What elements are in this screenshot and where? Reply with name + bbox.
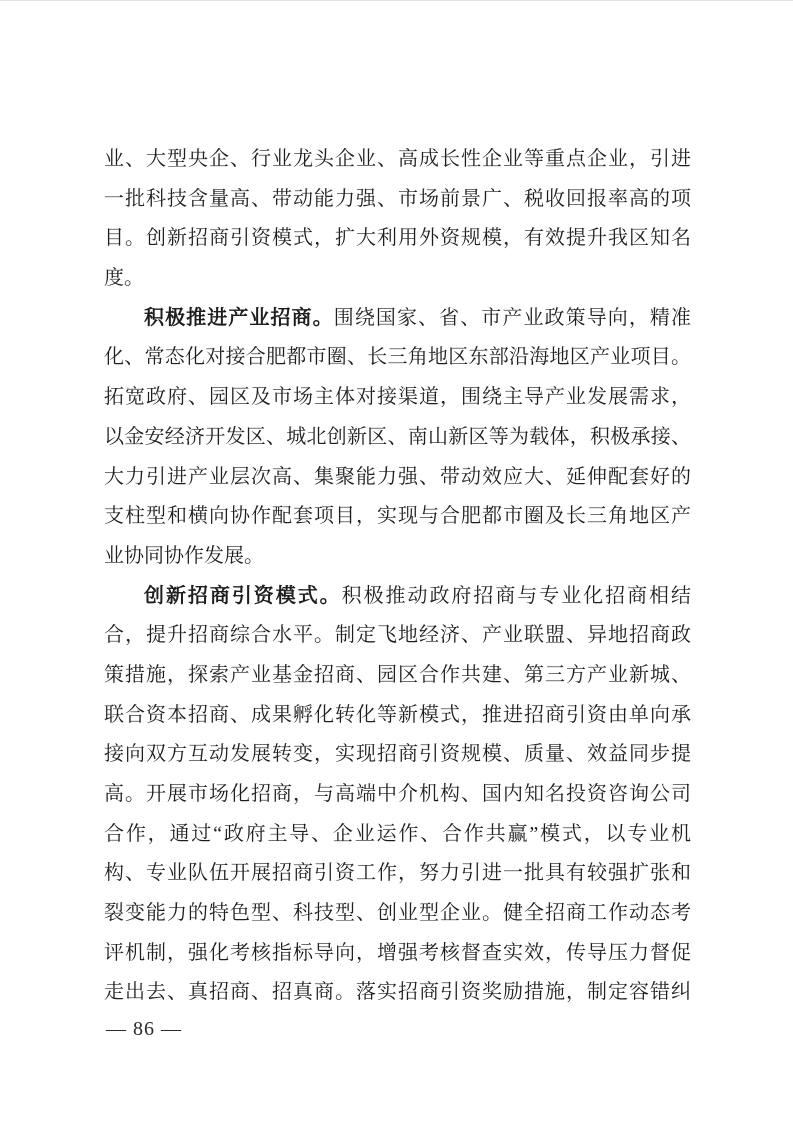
text-line: 度。 (104, 259, 691, 299)
text-line: 以金安经济开发区、城北创新区、南山新区等为载体，积极承接、 (104, 418, 691, 458)
body-text: 策措施，探索产业基金招商、园区合作共建、第三方产业新城、 (104, 664, 691, 686)
body-text: 业协同协作发展。 (104, 545, 264, 567)
text-line: 积极推进产业招商。围绕国家、省、市产业政策导向，精准 (104, 299, 691, 339)
text-line: 业协同协作发展。 (104, 537, 691, 577)
text-line: 拓宽政府、园区及市场主体对接渠道，围绕主导产业发展需求， (104, 378, 691, 418)
text-line: 联合资本招商、成果孵化转化等新模式，推进招商引资由单向承 (104, 696, 691, 736)
document-body: 业、大型央企、行业龙头企业、高成长性企业等重点企业，引进一批科技含量高、带动能力… (104, 140, 691, 1013)
text-line: 评机制，强化考核指标导向，增强考核督查实效，传导压力督促 (104, 934, 691, 974)
text-line: 接向双方互动发展转变，实现招商引资规模、质量、效益同步提 (104, 735, 691, 775)
body-text: 拓宽政府、园区及市场主体对接渠道，围绕主导产业发展需求， (104, 386, 691, 408)
text-line: 裂变能力的特色型、科技型、创业型企业。健全招商工作动态考 (104, 894, 691, 934)
text-line: 目。创新招商引资模式，扩大利用外资规模，有效提升我区知名 (104, 219, 691, 259)
body-text: 构、专业队伍开展招商引资工作，努力引进一批具有较强扩张和 (104, 862, 691, 884)
body-text: 积极推动政府招商与专业化招商相结 (342, 585, 691, 607)
text-line: 构、专业队伍开展招商引资工作，努力引进一批具有较强扩张和 (104, 854, 691, 894)
body-text: 合作，通过“政府主导、企业运作、合作共赢”模式，以专业机 (104, 823, 691, 845)
body-text: 走出去、真招商、招真商。落实招商引资奖励措施，制定容错纠 (104, 981, 691, 1003)
body-text: 接向双方互动发展转变，实现招商引资规模、质量、效益同步提 (104, 743, 691, 765)
body-text: 以金安经济开发区、城北创新区、南山新区等为载体，积极承接、 (104, 426, 691, 448)
body-text: 一批科技含量高、带动能力强、市场前景广、税收回报率高的项 (104, 188, 691, 210)
body-text: 合，提升招商综合水平。制定飞地经济、产业联盟、异地招商政 (104, 624, 691, 646)
text-line: 支柱型和横向协作配套项目，实现与合肥都市圈及长三角地区产 (104, 497, 691, 537)
body-text: 联合资本招商、成果孵化转化等新模式，推进招商引资由单向承 (104, 704, 691, 726)
bold-lead-text: 积极推进产业招商。 (144, 307, 334, 329)
text-line: 合，提升招商综合水平。制定飞地经济、产业联盟、异地招商政 (104, 616, 691, 656)
page-number: — 86 — (106, 1018, 182, 1041)
body-text: 围绕国家、省、市产业政策导向，精准 (334, 307, 691, 329)
text-line: 走出去、真招商、招真商。落实招商引资奖励措施，制定容错纠 (104, 973, 691, 1013)
bold-lead-text: 创新招商引资模式。 (144, 585, 342, 607)
body-text: 化、常态化对接合肥都市圈、长三角地区东部沿海地区产业项目。 (104, 346, 691, 368)
document-page: 业、大型央企、行业龙头企业、高成长性企业等重点企业，引进一批科技含量高、带动能力… (0, 0, 793, 1122)
body-text: 评机制，强化考核指标导向，增强考核督查实效，传导压力督促 (104, 942, 691, 964)
body-text: 高。开展市场化招商，与高端中介机构、国内知名投资咨询公司 (104, 783, 691, 805)
body-text: 度。 (104, 267, 144, 289)
body-text: 业、大型央企、行业龙头企业、高成长性企业等重点企业，引进 (104, 148, 691, 170)
body-text: 大力引进产业层次高、集聚能力强、带动效应大、延伸配套好的 (104, 466, 691, 488)
body-text: 目。创新招商引资模式，扩大利用外资规模，有效提升我区知名 (104, 227, 691, 249)
body-text: 支柱型和横向协作配套项目，实现与合肥都市圈及长三角地区产 (104, 505, 691, 527)
text-line: 创新招商引资模式。积极推动政府招商与专业化招商相结 (104, 577, 691, 617)
body-text: 裂变能力的特色型、科技型、创业型企业。健全招商工作动态考 (104, 902, 691, 924)
text-line: 一批科技含量高、带动能力强、市场前景广、税收回报率高的项 (104, 180, 691, 220)
text-line: 合作，通过“政府主导、企业运作、合作共赢”模式，以专业机 (104, 815, 691, 855)
text-line: 高。开展市场化招商，与高端中介机构、国内知名投资咨询公司 (104, 775, 691, 815)
text-line: 化、常态化对接合肥都市圈、长三角地区东部沿海地区产业项目。 (104, 338, 691, 378)
text-line: 业、大型央企、行业龙头企业、高成长性企业等重点企业，引进 (104, 140, 691, 180)
text-line: 大力引进产业层次高、集聚能力强、带动效应大、延伸配套好的 (104, 458, 691, 498)
text-line: 策措施，探索产业基金招商、园区合作共建、第三方产业新城、 (104, 656, 691, 696)
